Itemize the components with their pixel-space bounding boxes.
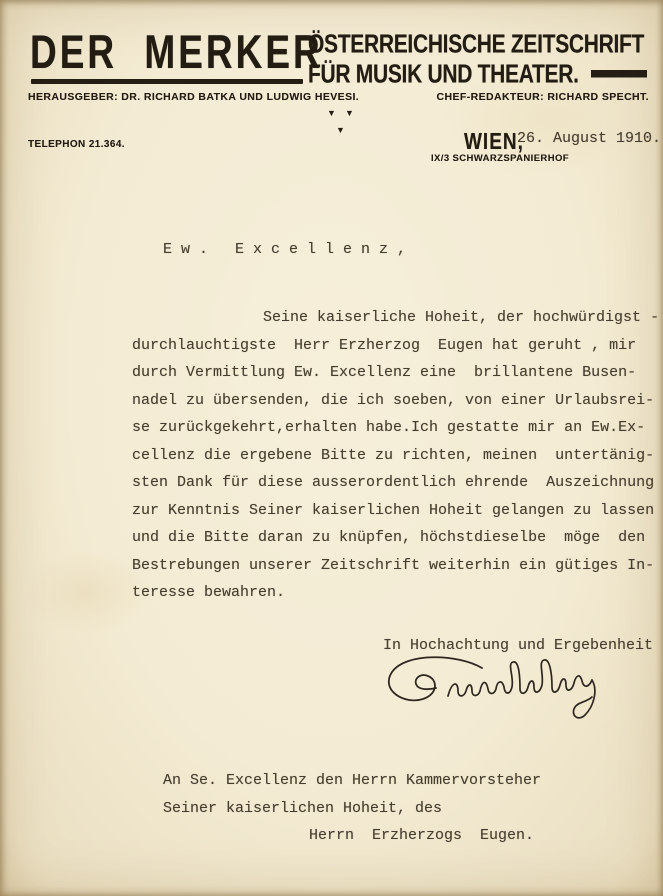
triangle-ornament-icon: ▼ (336, 126, 345, 135)
recipient-line: An Se. Excellenz den Herrn Kammervorsteh… (163, 772, 541, 800)
masthead-subtitle: ÖSTERREICHISCHE ZEITSCHRIFT FÜR MUSIK UN… (308, 30, 647, 90)
body-line: Seine kaiserliche Hoheit, der hochwürdig… (132, 309, 659, 337)
signature (378, 650, 613, 733)
masthead-dash-rule (591, 70, 647, 78)
publisher-line: HERAUSGEBER: DR. RICHARD BATKA UND LUDWI… (28, 91, 359, 103)
body-line: durch Vermittlung Ew. Excellenz eine bri… (132, 364, 659, 392)
body-line: zur Kenntnis Seiner kaiserlichen Hoheit … (132, 502, 659, 530)
triangle-ornament-icon: ▼ (327, 109, 336, 118)
date-line: 26. August 1910. (517, 130, 661, 147)
body-line: cellenz die ergebene Bitte zu richten, m… (132, 447, 659, 475)
body-line: durchlauchtigste Herr Erzherzog Eugen ha… (132, 337, 659, 365)
body-line: teresse bewahren. (132, 584, 659, 612)
body-line: Bestrebungen unserer Zeitschrift weiterh… (132, 557, 659, 585)
recipient-line: Seiner kaiserlichen Hoheit, des (163, 800, 541, 828)
body-line: nadel zu übersenden, die ich soeben, von… (132, 392, 659, 420)
chief-editor-line: CHEF-REDAKTEUR: RICHARD SPECHT. (437, 91, 649, 103)
masthead-subtitle-line2-row: FÜR MUSIK UND THEATER. (308, 60, 647, 90)
letter-body: Seine kaiserliche Hoheit, der hochwürdig… (132, 309, 659, 612)
signature-richard-specht (378, 650, 613, 728)
telephone-line: TELEPHON 21.364. (28, 139, 125, 150)
masthead-title: DER MERKER (30, 26, 323, 80)
masthead-subtitle-line1: ÖSTERREICHISCHE ZEITSCHRIFT (308, 30, 647, 60)
salutation: Ew. Excellenz, (163, 241, 415, 258)
triangle-ornament-icon: ▼ (345, 109, 354, 118)
recipient-line: Herrn Erzherzogs Eugen. (163, 827, 541, 855)
body-line: sten Dank für diese ausserordentlich ehr… (132, 474, 659, 502)
street-address-line: IX/3 SCHWARZSPANIERHOF (431, 153, 569, 164)
recipient-block: An Se. Excellenz den Herrn Kammervorsteh… (163, 772, 541, 855)
masthead-underline (31, 79, 303, 84)
masthead-subtitle-line2: FÜR MUSIK UND THEATER. (308, 60, 579, 89)
scanned-letter-page: DER MERKER ÖSTERREICHISCHE ZEITSCHRIFT F… (0, 0, 663, 896)
body-line: se zurückgekehrt,erhalten habe.Ich gesta… (132, 419, 659, 447)
body-line: und die Bitte daran zu knüpfen, höchstdi… (132, 529, 659, 557)
